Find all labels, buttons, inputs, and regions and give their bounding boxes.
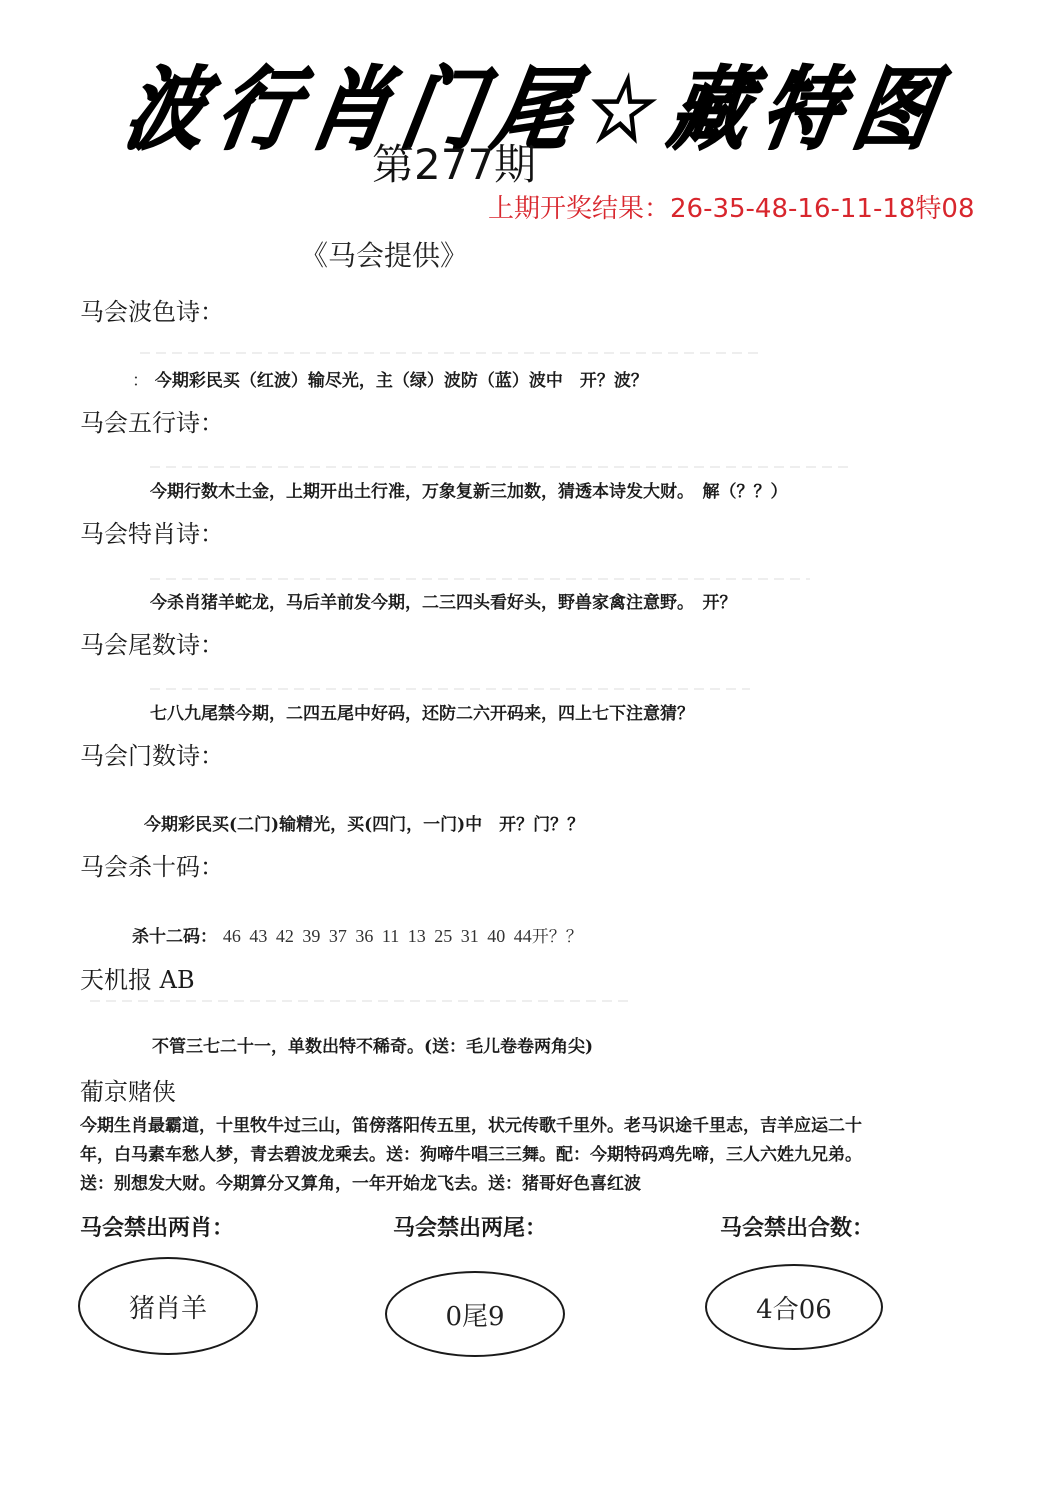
paragraph-line: 年，白马素车愁人梦，青去碧波龙乘去。送：狗啼牛唱三三舞。配：今期特码鸡先啼，三人… (80, 1141, 960, 1170)
casino-hero-paragraph: 今期生肖最霸道，十里牧牛过三山，笛傍落阳传五里，状元传歌千里外。老马识途千里志，… (80, 1112, 960, 1199)
divider (150, 578, 810, 580)
ban-heading-zodiac: 马会禁出两肖： (80, 1211, 234, 1242)
poem-gate-number: 今期彩民买(二门)输精光，买(四门，一门)中 开？门？？ (144, 810, 584, 835)
divider (90, 1000, 630, 1002)
poem-prefix: ： (132, 371, 149, 391)
divider (140, 352, 760, 354)
section-heading-five-elements: 马会五行诗： (80, 403, 224, 438)
ban-heading-tail: 马会禁出两尾： (393, 1211, 547, 1242)
divider (150, 466, 850, 468)
section-heading-gate-number: 马会门数诗： (80, 736, 224, 771)
poem-text: 今期彩民买（红波）输尽光，主（绿）波防（蓝）波中 开？波？ (155, 371, 648, 391)
last-draw-result: 上期开奖结果：26-35-48-16-11-18特08 (488, 188, 975, 225)
section-heading-casino-hero: 葡京赌侠 (80, 1072, 176, 1107)
poem-tianji: 不管三七二十一，单数出特不稀奇。(送：毛儿卷卷两角尖) (152, 1032, 593, 1057)
ban-zodiac-ellipse: 猪肖羊 (78, 1257, 258, 1355)
kill-numbers: 46 43 42 39 37 36 11 13 25 31 40 44 (223, 926, 532, 946)
ban-sum-ellipse: 4合06 (705, 1264, 883, 1350)
paragraph-line: 今期生肖最霸道，十里牧牛过三山，笛傍落阳传五里，状元传歌千里外。老马识途千里志，… (80, 1112, 960, 1141)
poem-tail-number: 七八九尾禁今期，二四五尾中好码，还防二六开码来，四上七下注意猜？ (150, 699, 694, 724)
poem-five-elements: 今期行数木土金，上期开出土行准，万象复新三加数，猜透本诗发大财。 解（？？） (150, 477, 788, 502)
kill-numbers-suffix: 开？？ (532, 927, 583, 947)
ban-zodiac-value: 猪肖羊 (129, 1288, 207, 1325)
section-heading-special-zodiac: 马会特肖诗： (80, 514, 224, 549)
section-heading-tianji: 天机报 AB (80, 960, 195, 995)
paragraph-line: 送：别想发大财。今期算分又算角，一年开始龙飞去。送：猪哥好色喜红波 (80, 1170, 960, 1199)
kill-numbers-line: 杀十二码： 46 43 42 39 37 36 11 13 25 31 40 4… (132, 922, 583, 947)
poem-wave-color: ： 今期彩民买（红波）输尽光，主（绿）波防（蓝）波中 开？波？ (132, 366, 648, 391)
poem-special-zodiac: 今杀肖猪羊蛇龙，马后羊前发今期，二三四头看好头，野兽家禽注意野。 开？ (150, 588, 737, 613)
section-heading-wave-color: 马会波色诗： (80, 292, 224, 327)
ban-heading-sum: 马会禁出合数： (720, 1211, 874, 1242)
provider-label: 《马会提供》 (300, 234, 468, 274)
ban-tail-value: 0尾9 (445, 1296, 504, 1333)
section-heading-tail-number: 马会尾数诗： (80, 625, 224, 660)
issue-number: 第277期 (372, 132, 536, 192)
ban-sum-value: 4合06 (756, 1289, 832, 1326)
divider (150, 688, 750, 690)
kill-numbers-label: 杀十二码： (132, 927, 217, 947)
ban-tail-ellipse: 0尾9 (385, 1271, 565, 1357)
main-title: 波行肖门尾☆藏特图 (117, 38, 960, 167)
section-heading-kill-ten: 马会杀十码： (80, 847, 224, 882)
